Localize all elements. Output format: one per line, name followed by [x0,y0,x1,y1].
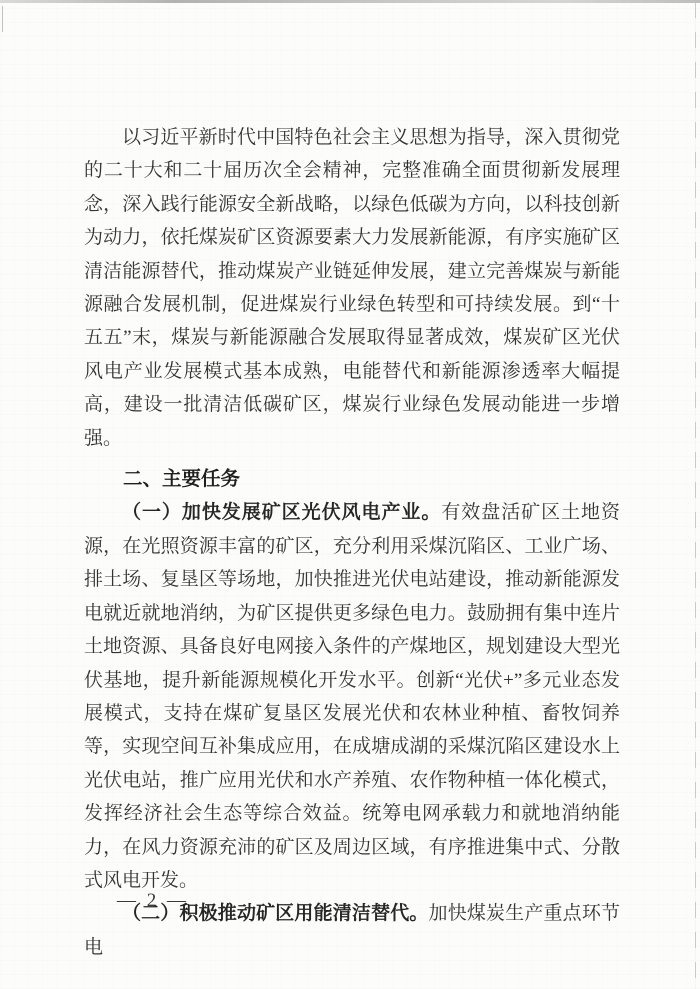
paragraph-guiding-ideology: 以习近平新时代中国特色社会主义思想为指导，深入贯彻党的二十大和二十届历次全会精神… [84,121,620,455]
document-page: 以习近平新时代中国特色社会主义思想为指导，深入贯彻党的二十大和二十届历次全会精神… [0,0,700,989]
scan-edge-top [0,0,700,3]
scan-artifact-top-left [2,6,3,32]
paragraph-task-1: （一）加快发展矿区光伏风电产业。有效盘活矿区土地资源，在光照资源丰富的矿区，充分… [84,496,620,897]
task-1-text: 有效盘活矿区土地资源，在光照资源丰富的矿区，充分利用采煤沉陷区、工业广场、排土场… [84,502,620,890]
scan-edge-right [695,2,696,989]
section-heading-main-tasks: 二、主要任务 [84,463,620,496]
document-body: 以习近平新时代中国特色社会主义思想为指导，深入贯彻党的二十大和二十届历次全会精神… [84,121,620,964]
page-number: — 2 — [117,889,189,913]
task-1-title: （一）加快发展矿区光伏风电产业。 [122,502,441,523]
